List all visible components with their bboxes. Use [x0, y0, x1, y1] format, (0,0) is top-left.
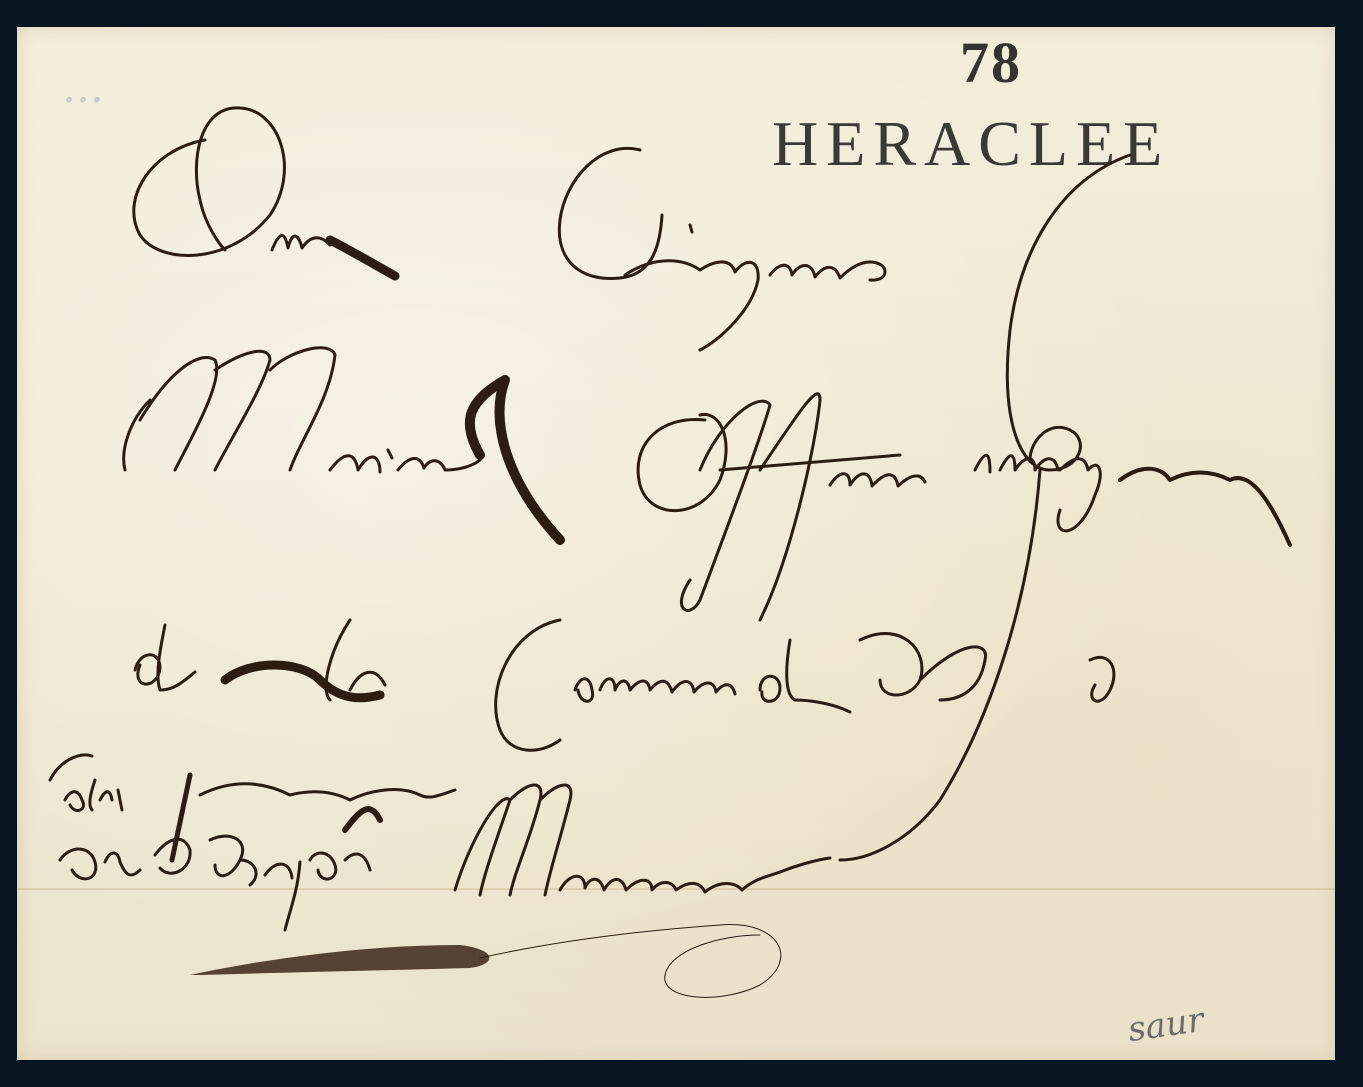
script-aux: [134, 108, 395, 276]
script-officiers: [638, 394, 1290, 620]
script-maire: [124, 348, 560, 540]
script-commune: [496, 620, 1114, 750]
script-flourish: [190, 925, 781, 998]
script-citoyens: [559, 148, 885, 350]
script-manosque: [455, 785, 830, 895]
rate-six: [840, 155, 1130, 860]
handwriting-ink: [0, 0, 1363, 1087]
script-district-2: [60, 836, 370, 930]
script-de-la: [135, 620, 385, 700]
script-district-1: [50, 755, 455, 860]
